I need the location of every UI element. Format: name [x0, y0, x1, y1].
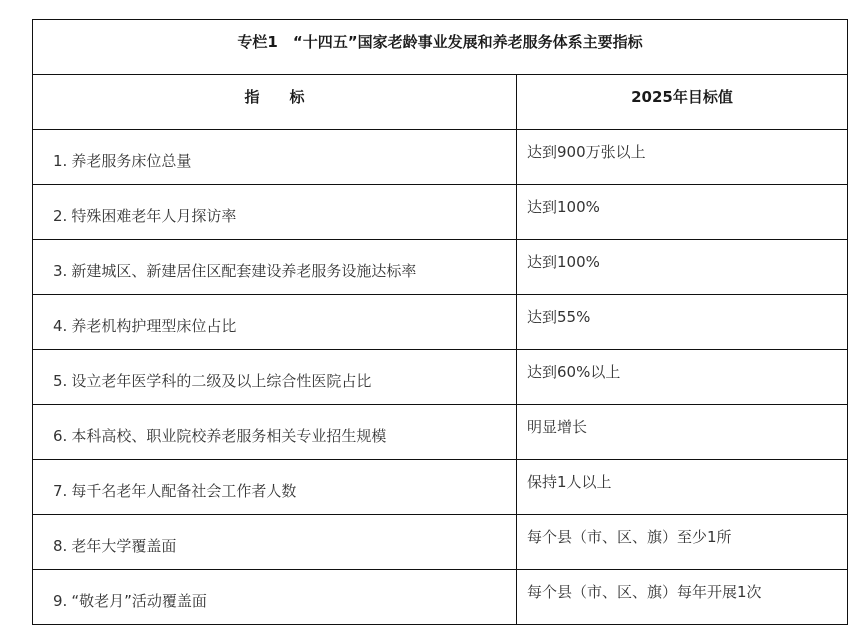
indicator-text: 本科高校、职业院校养老服务相关专业招生规模: [71, 425, 386, 446]
target-text: 达到55%: [517, 295, 590, 327]
header-row: 指 标 2025年目标值: [33, 75, 848, 130]
indicator-cell: 6.本科高校、职业院校养老服务相关专业招生规模: [33, 405, 517, 460]
target-cell: 保持1人以上: [517, 460, 848, 515]
title-row: 专栏1 “十四五”国家老龄事业发展和养老服务体系主要指标: [33, 20, 848, 75]
header-indicator-cell: 指 标: [33, 75, 517, 130]
row-number: 5.: [43, 361, 67, 390]
indicator-cell: 7.每千名老年人配备社会工作者人数: [33, 460, 517, 515]
indicator-cell: 5.设立老年医学科的二级及以上综合性医院占比: [33, 350, 517, 405]
indicator-text: 设立老年医学科的二级及以上综合性医院占比: [71, 370, 371, 391]
target-cell: 达到100%: [517, 185, 848, 240]
row-number: 8.: [43, 526, 67, 555]
target-text: 明显增长: [517, 405, 587, 437]
target-text: 达到900万张以上: [517, 130, 646, 162]
target-cell: 达到900万张以上: [517, 130, 848, 185]
indicator-text: “敬老月”活动覆盖面: [71, 590, 207, 611]
table-row: 2.特殊困难老年人月探访率 达到100%: [33, 185, 848, 240]
target-text: 每个县（市、区、旗）至少1所: [517, 515, 732, 547]
table-row: 1.养老服务床位总量 达到900万张以上: [33, 130, 848, 185]
row-number: 3.: [43, 251, 67, 280]
table-row: 3.新建城区、新建居住区配套建设养老服务设施达标率 达到100%: [33, 240, 848, 295]
target-cell: 达到55%: [517, 295, 848, 350]
indicator-text: 新建城区、新建居住区配套建设养老服务设施达标率: [71, 260, 416, 281]
target-cell: 达到60%以上: [517, 350, 848, 405]
row-number: 9.: [43, 581, 67, 610]
table-title: 专栏1 “十四五”国家老龄事业发展和养老服务体系主要指标: [237, 20, 642, 52]
header-target: 2025年目标值: [631, 75, 733, 107]
table-row: 9.“敬老月”活动覆盖面 每个县（市、区、旗）每年开展1次: [33, 570, 848, 625]
table-row: 4.养老机构护理型床位占比 达到55%: [33, 295, 848, 350]
indicator-text: 特殊困难老年人月探访率: [71, 205, 236, 226]
row-number: 2.: [43, 196, 67, 225]
target-cell: 每个县（市、区、旗）至少1所: [517, 515, 848, 570]
table-row: 5.设立老年医学科的二级及以上综合性医院占比 达到60%以上: [33, 350, 848, 405]
target-text: 达到100%: [517, 185, 600, 217]
target-cell: 每个县（市、区、旗）每年开展1次: [517, 570, 848, 625]
row-number: 1.: [43, 141, 67, 170]
header-target-cell: 2025年目标值: [517, 75, 848, 130]
indicators-table: 专栏1 “十四五”国家老龄事业发展和养老服务体系主要指标 指 标 2025年目标…: [32, 19, 848, 625]
indicator-text: 老年大学覆盖面: [71, 535, 176, 556]
indicator-text: 养老服务床位总量: [71, 150, 191, 171]
indicator-cell: 2.特殊困难老年人月探访率: [33, 185, 517, 240]
row-number: 4.: [43, 306, 67, 335]
table-title-cell: 专栏1 “十四五”国家老龄事业发展和养老服务体系主要指标: [33, 20, 848, 75]
indicator-cell: 3.新建城区、新建居住区配套建设养老服务设施达标率: [33, 240, 517, 295]
target-text: 每个县（市、区、旗）每年开展1次: [517, 570, 762, 602]
indicator-cell: 9.“敬老月”活动覆盖面: [33, 570, 517, 625]
target-text: 保持1人以上: [517, 460, 612, 492]
indicator-cell: 4.养老机构护理型床位占比: [33, 295, 517, 350]
target-cell: 达到100%: [517, 240, 848, 295]
table-row: 7.每千名老年人配备社会工作者人数 保持1人以上: [33, 460, 848, 515]
header-indicator: 指 标: [244, 75, 304, 107]
table-row: 6.本科高校、职业院校养老服务相关专业招生规模 明显增长: [33, 405, 848, 460]
table-row: 8.老年大学覆盖面 每个县（市、区、旗）至少1所: [33, 515, 848, 570]
row-number: 7.: [43, 471, 67, 500]
indicator-cell: 8.老年大学覆盖面: [33, 515, 517, 570]
indicator-cell: 1.养老服务床位总量: [33, 130, 517, 185]
target-text: 达到100%: [517, 240, 600, 272]
target-text: 达到60%以上: [517, 350, 620, 382]
indicator-text: 养老机构护理型床位占比: [71, 315, 236, 336]
indicator-text: 每千名老年人配备社会工作者人数: [71, 480, 296, 501]
target-cell: 明显增长: [517, 405, 848, 460]
row-number: 6.: [43, 416, 67, 445]
